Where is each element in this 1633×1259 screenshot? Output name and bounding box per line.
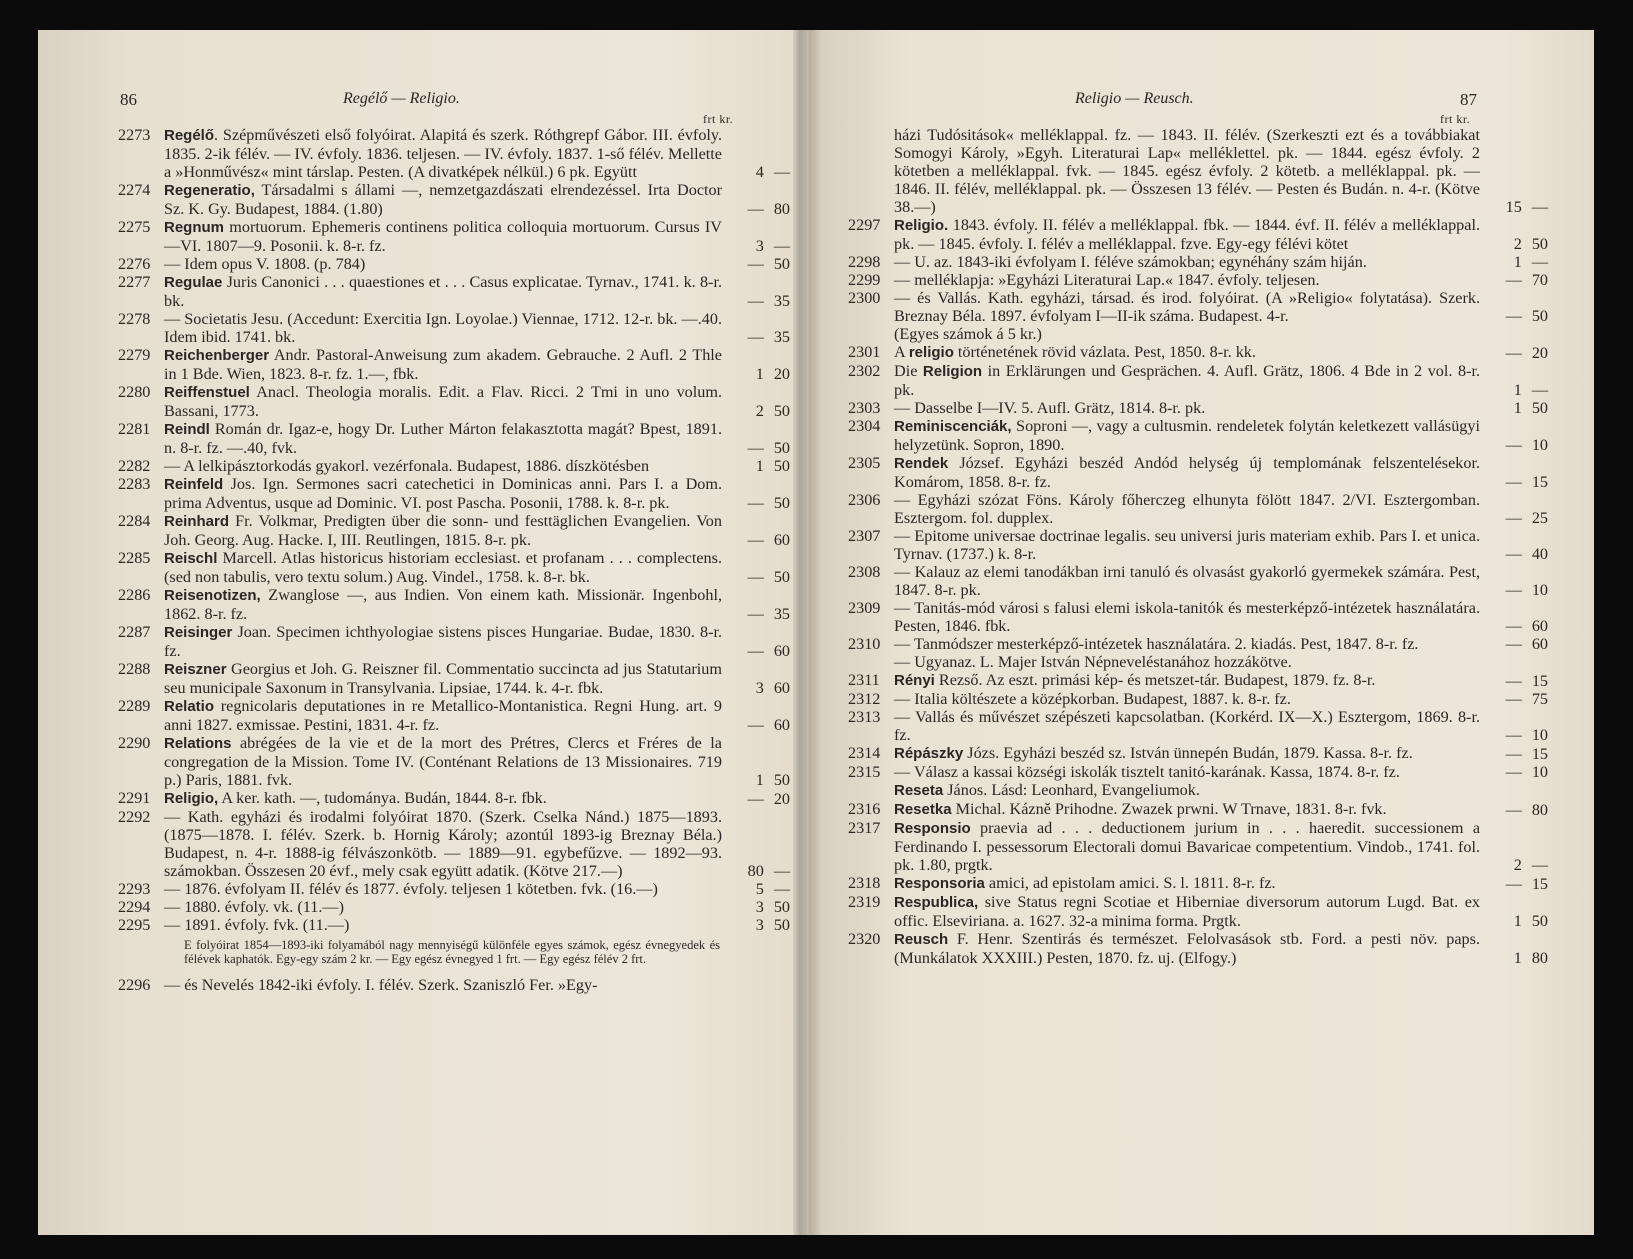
entry-text: Reinhard Fr. Volkmar, Predigten über die…: [164, 512, 790, 549]
entry-number: 2273: [118, 126, 164, 181]
entry-price: —80: [730, 200, 790, 218]
entry-price: —10: [1488, 436, 1548, 454]
entry-description: Fr. Volkmar, Predigten über die sonn- un…: [164, 512, 722, 549]
entry-price: —35: [730, 328, 790, 346]
entry-price: 350: [730, 898, 790, 916]
catalog-entry: 2285Reischl Marcell. Atlas historicus hi…: [118, 549, 790, 586]
catalog-entry: 2284Reinhard Fr. Volkmar, Predigten über…: [118, 512, 790, 549]
entry-headword: Reiszner: [164, 661, 227, 678]
catalog-entry: (Egyes számok á 5 kr.): [848, 325, 1548, 343]
entry-price: —35: [730, 292, 790, 310]
entry-headword: Reminiscenciák,: [894, 418, 1012, 435]
entry-text: Reischl Marcell. Atlas historicus histor…: [164, 549, 790, 586]
entry-number: 2301: [848, 343, 894, 362]
price-kr: —: [774, 237, 790, 255]
entry-description: történetének rövid vázlata. Pest, 1850. …: [954, 343, 1256, 361]
price-frt: 2: [1506, 235, 1522, 253]
price-kr: 10: [1532, 436, 1548, 454]
catalog-entry: 2300— és Vallás. Kath. egyházi, társad. …: [848, 289, 1548, 325]
entry-number: 2296: [118, 976, 164, 994]
price-frt: 1: [748, 365, 764, 383]
entry-number: 2287: [118, 623, 164, 660]
price-frt: —: [748, 200, 764, 218]
entry-description: Georgius et Joh. G. Reiszner fil. Commen…: [164, 660, 722, 697]
catalog-entry: 2317Responsio praevia ad . . . deduction…: [848, 819, 1548, 874]
catalog-entry: 2278— Societatis Jesu. (Accedunt: Exerci…: [118, 310, 790, 346]
entry-headword: Rendek: [894, 455, 948, 472]
entry-number: 2284: [118, 512, 164, 549]
entry-number: 2302: [848, 362, 894, 399]
entry-price: —40: [1488, 545, 1548, 563]
catalog-entry: 2281Reindl Román dr. Igaz-e, hogy Dr. Lu…: [118, 420, 790, 457]
price-frt: —: [748, 292, 764, 310]
entry-description: Marcell. Atlas historicus historiam eccl…: [164, 549, 722, 586]
entry-description: — és Vallás. Kath. egyházi, társad. és i…: [894, 289, 1480, 325]
entry-price: —15: [1488, 473, 1548, 491]
entry-prefix: A: [894, 343, 909, 361]
price-column-headers: frt kr.: [1440, 112, 1470, 127]
entry-price: —10: [1488, 581, 1548, 599]
price-kr: 60: [1532, 635, 1548, 653]
catalog-entry: 2283Reinfeld Jos. Ign. Sermones sacri ca…: [118, 475, 790, 512]
entry-description: — Egyházi szózat Föns. Károly főherczeg …: [894, 491, 1480, 527]
entry-text: Reinfeld Jos. Ign. Sermones sacri catech…: [164, 475, 790, 512]
entry-text: Reisinger Joan. Specimen ichthyologiae s…: [164, 623, 790, 660]
price-frt: —: [1506, 801, 1522, 819]
entry-number: 2308: [848, 563, 894, 599]
entry-text: — Ugyanaz. L. Majer István Népneveléstan…: [894, 653, 1548, 671]
entry-headword: Reisenotizen,: [164, 587, 261, 604]
price-kr: 15: [1532, 745, 1548, 763]
entry-number: 2276: [118, 255, 164, 273]
entry-description: Rezső. Az eszt. primási kép- és metszet-…: [935, 671, 1376, 689]
entry-number: [848, 781, 894, 800]
catalog-entry: 2286Reisenotizen, Zwanglose —, aus Indie…: [118, 586, 790, 623]
price-kr: 40: [1532, 545, 1548, 563]
entry-number: 2304: [848, 417, 894, 454]
entry-text: — és Vallás. Kath. egyházi, társad. és i…: [894, 289, 1548, 325]
price-frt: 80: [748, 862, 764, 880]
catalog-entry: 2290Relations abrégées de la vie et de l…: [118, 734, 790, 789]
entry-description: Juris Canonici . . . quaestiones et . . …: [164, 273, 722, 310]
entry-price: —60: [1488, 617, 1548, 635]
entry-number: 2313: [848, 708, 894, 744]
entry-number: 2280: [118, 383, 164, 420]
catalog-entry: 2275Regnum mortuorum. Ephemeris continen…: [118, 218, 790, 255]
catalog-entry: 2301A religio történetének rövid vázlata…: [848, 343, 1548, 362]
entry-price: —50: [730, 568, 790, 586]
entry-headword: religio: [909, 344, 954, 361]
price-kr: 20: [1532, 344, 1548, 362]
catalog-entry: 2312— Italia költészete a középkorban. B…: [848, 690, 1548, 708]
entry-price: —15: [1488, 672, 1548, 690]
catalog-entry: 2302Die Religion in Erklärungen und Gesp…: [848, 362, 1548, 399]
frt-header: frt: [1440, 112, 1453, 126]
price-frt: 2: [1506, 856, 1522, 874]
entry-price: —60: [1488, 635, 1548, 653]
price-frt: 3: [748, 916, 764, 934]
entry-text: Responsio praevia ad . . . deductionem j…: [894, 819, 1548, 874]
price-kr: 50: [774, 439, 790, 457]
price-frt: —: [748, 531, 764, 549]
entry-description: — 1880. évfoly. vk. (11.—): [164, 898, 344, 916]
entry-number: 2303: [848, 399, 894, 417]
entry-number: 2311: [848, 671, 894, 690]
price-frt: —: [1506, 672, 1522, 690]
catalog-entry: 2288Reiszner Georgius et Joh. G. Reiszne…: [118, 660, 790, 697]
price-frt: 2: [748, 402, 764, 420]
entry-text: — A lelkipásztorkodás gyakorl. vezérfona…: [164, 457, 790, 475]
price-frt: —: [748, 568, 764, 586]
entry-text: — 1876. évfolyam II. félév és 1877. évfo…: [164, 880, 790, 898]
entry-number: [848, 126, 894, 216]
entry-number: 2292: [118, 808, 164, 880]
entry-text: — Tanmódszer mesterképző-intézetek haszn…: [894, 635, 1548, 653]
entry-headword: Reindl: [164, 421, 210, 438]
price-kr: —: [774, 862, 790, 880]
entry-number: 2309: [848, 599, 894, 635]
price-kr: 60: [1532, 617, 1548, 635]
catalog-entry: — Ugyanaz. L. Majer István Népneveléstan…: [848, 653, 1548, 671]
price-kr: 50: [774, 457, 790, 475]
entry-price: —35: [730, 605, 790, 623]
entry-price: —70: [1488, 271, 1548, 289]
entry-text: Responsoria amici, ad epistolam amici. S…: [894, 874, 1548, 893]
entry-text: Regulae Juris Canonici . . . quaestiones…: [164, 273, 790, 310]
entry-number: 2320: [848, 930, 894, 967]
catalog-entries: házi Tudósitások« melléklappal. fz. — 18…: [848, 126, 1548, 967]
price-kr: 50: [774, 402, 790, 420]
entry-prefix: Die: [894, 362, 923, 380]
price-kr: 75: [1532, 690, 1548, 708]
entry-description: házi Tudósitások« melléklappal. fz. — 18…: [894, 126, 1480, 216]
catalog-entry: 2296— és Nevelés 1842-iki évfoly. I. fél…: [118, 976, 790, 994]
entry-text: Religio. 1843. évfoly. II. félév a mellé…: [894, 216, 1548, 253]
price-frt: —: [1506, 545, 1522, 563]
price-frt: 4: [748, 163, 764, 181]
catalog-entry: 2307— Epitome universae doctrinae legali…: [848, 527, 1548, 563]
entry-description: regnicolaris deputationes in re Metallic…: [164, 697, 722, 734]
entry-headword: Regélő: [164, 127, 214, 144]
entry-text: Relations abrégées de la vie et de la mo…: [164, 734, 790, 789]
entry-number: 2277: [118, 273, 164, 310]
entry-price: —15: [1488, 875, 1548, 893]
entry-description: — Epitome universae doctrinae legalis. s…: [894, 527, 1480, 563]
price-kr: 20: [774, 365, 790, 383]
entry-description: — Ugyanaz. L. Majer István Népneveléstan…: [894, 653, 1292, 671]
price-kr: 35: [774, 292, 790, 310]
catalog-entry: 2306— Egyházi szózat Föns. Károly főherc…: [848, 491, 1548, 527]
catalog-entry: 2279Reichenberger Andr. Pastoral-Anweisu…: [118, 346, 790, 383]
price-kr: 80: [1532, 949, 1548, 967]
entry-price: 150: [1488, 399, 1548, 417]
entry-headword: Religio.: [894, 217, 948, 234]
price-kr: 80: [1532, 801, 1548, 819]
price-kr: —: [1532, 381, 1548, 399]
price-frt: —: [748, 716, 764, 734]
price-kr: 10: [1532, 581, 1548, 599]
entry-text: Reisenotizen, Zwanglose —, aus Indien. V…: [164, 586, 790, 623]
entry-price: 250: [1488, 235, 1548, 253]
price-frt: 1: [1506, 253, 1522, 271]
price-frt: —: [1506, 635, 1522, 653]
price-kr: 50: [774, 494, 790, 512]
catalog-entry: 2305Rendek József. Egyházi beszéd Andód …: [848, 454, 1548, 491]
entry-description: — Vallás és művészet szépészeti kapcsola…: [894, 708, 1480, 744]
frt-header: frt: [703, 112, 716, 126]
catalog-entry: 2320Reusch F. Henr. Szentirás és termész…: [848, 930, 1548, 967]
price-frt: 1: [1506, 381, 1522, 399]
price-frt: —: [1506, 473, 1522, 491]
price-kr: —: [1532, 856, 1548, 874]
price-kr: 50: [774, 255, 790, 273]
catalog-entry: 2289Relatio regnicolaris deputationes in…: [118, 697, 790, 734]
price-kr: 35: [774, 328, 790, 346]
entry-price: 180: [1488, 949, 1548, 967]
entry-text: — Vallás és művészet szépészeti kapcsola…: [894, 708, 1548, 744]
entry-description: (Egyes számok á 5 kr.): [894, 325, 1042, 343]
entry-price: 150: [730, 457, 790, 475]
entry-description: F. Henr. Szentirás és természet. Felolva…: [894, 930, 1480, 967]
price-kr: —: [774, 163, 790, 181]
entry-description: — Idem opus V. 1808. (p. 784): [164, 255, 365, 273]
entry-text: — Societatis Jesu. (Accedunt: Exercitia …: [164, 310, 790, 346]
price-kr: —: [774, 880, 790, 898]
entry-headword: Reseta: [894, 782, 943, 799]
price-frt: —: [748, 790, 764, 808]
price-frt: 15: [1506, 198, 1522, 216]
price-frt: —: [1506, 875, 1522, 893]
entry-headword: Relations: [164, 735, 232, 752]
book-spread: 86 Regélő — Religio. frt kr. 2273Regélő.…: [38, 30, 1594, 1235]
price-frt: —: [1506, 344, 1522, 362]
entry-headword: Répászky: [894, 745, 963, 762]
entry-price: —20: [1488, 344, 1548, 362]
price-kr: 25: [1532, 509, 1548, 527]
catalog-entry: 2314Répászky Józs. Egyházi beszéd sz. Is…: [848, 744, 1548, 763]
catalog-entry: 2291Religio, A ker. kath. —, tudománya. …: [118, 789, 790, 808]
catalog-entry: 2299— melléklapja: »Egyházi Literaturai …: [848, 271, 1548, 289]
page-number: 87: [1460, 90, 1477, 110]
entry-headword: Reiffenstuel: [164, 384, 250, 401]
entry-number: 2310: [848, 635, 894, 653]
entry-description: — Dasselbe I—IV. 5. Aufl. Grätz, 1814. 8…: [894, 399, 1205, 417]
price-kr: 15: [1532, 473, 1548, 491]
entry-price: —60: [730, 716, 790, 734]
price-frt: 1: [1506, 912, 1522, 930]
catalog-entry: 2292— Kath. egyházi és irodalmi folyóira…: [118, 808, 790, 880]
entry-price: 150: [1488, 912, 1548, 930]
entry-headword: Relatio: [164, 698, 214, 715]
entry-number: 2306: [848, 491, 894, 527]
price-frt: 1: [1506, 399, 1522, 417]
entry-text: Rendek József. Egyházi beszéd Andód hely…: [894, 454, 1548, 491]
price-frt: —: [1506, 617, 1522, 635]
catalog-entry: 2293— 1876. évfolyam II. félév és 1877. …: [118, 880, 790, 898]
entry-number: 2278: [118, 310, 164, 346]
entry-headword: Reusch: [894, 931, 948, 948]
price-kr: 20: [774, 790, 790, 808]
catalog-entry: 2273Regélő. Szépművészeti első folyóirat…: [118, 126, 790, 181]
entry-text: Reseta János. Lásd: Leonhard, Evangelium…: [894, 781, 1548, 800]
entry-number: 2289: [118, 697, 164, 734]
entry-number: 2315: [848, 763, 894, 781]
price-frt: —: [1506, 307, 1522, 325]
footnote: E folyóirat 1854—1893-iki folyamából nag…: [118, 934, 790, 976]
entry-text: — Italia költészete a középkorban. Budap…: [894, 690, 1548, 708]
kr-header: kr.: [719, 112, 733, 126]
entry-description: 1843. évfoly. II. félév a melléklappal. …: [894, 216, 1480, 253]
entry-text: — 1891. évfoly. fvk. (11.—): [164, 916, 790, 934]
entry-text: Reichenberger Andr. Pastoral-Anweisung z…: [164, 346, 790, 383]
catalog-entry: 2309— Tanitás-mód városi s falusi elemi …: [848, 599, 1548, 635]
price-frt: —: [748, 494, 764, 512]
entry-headword: Rényi: [894, 672, 935, 689]
entry-number: 2300: [848, 289, 894, 325]
entry-description: Jos. Ign. Sermones sacri catechetici in …: [164, 475, 722, 512]
catalog-entry: 2298— U. az. 1843-iki évfolyam I. féléve…: [848, 253, 1548, 271]
entry-number: 2275: [118, 218, 164, 255]
entry-price: 350: [730, 916, 790, 934]
entry-description: — Kath. egyházi és irodalmi folyóirat 18…: [164, 808, 722, 880]
entry-description: praevia ad . . . deductionem jurium in .…: [894, 819, 1480, 874]
entry-headword: Responsio: [894, 820, 971, 837]
entry-number: [848, 325, 894, 343]
entry-number: 2281: [118, 420, 164, 457]
entry-number: 2314: [848, 744, 894, 763]
entry-text: — Epitome universae doctrinae legalis. s…: [894, 527, 1548, 563]
entry-headword: Responsoria: [894, 875, 985, 892]
entry-text: — melléklapja: »Egyházi Literaturai Lap.…: [894, 271, 1548, 289]
page-number: 86: [120, 90, 137, 110]
entry-text: házi Tudósitások« melléklappal. fz. — 18…: [894, 126, 1548, 216]
entry-text: — Tanitás-mód városi s falusi elemi isko…: [894, 599, 1548, 635]
entry-text: — 1880. évfoly. vk. (11.—): [164, 898, 790, 916]
entry-description: amici, ad epistolam amici. S. l. 1811. 8…: [985, 874, 1276, 892]
entry-description: — A lelkipásztorkodás gyakorl. vezérfona…: [164, 457, 649, 475]
entry-price: —50: [730, 494, 790, 512]
entry-price: 15—: [1488, 198, 1548, 216]
entry-price: —75: [1488, 690, 1548, 708]
entry-number: 2317: [848, 819, 894, 874]
entry-description: Román dr. Igaz-e, hogy Dr. Luther Márton…: [164, 420, 722, 457]
price-kr: 10: [1532, 726, 1548, 744]
entry-headword: Reischl: [164, 550, 217, 567]
entry-text: Regeneratio, Társadalmi s állami —, nemz…: [164, 181, 790, 218]
entry-number: 2291: [118, 789, 164, 808]
entry-text: — U. az. 1843-iki évfolyam I. féléve szá…: [894, 253, 1548, 271]
entry-description: József. Egyházi beszéd Andód helység új …: [894, 454, 1480, 491]
catalog-entry: 2274Regeneratio, Társadalmi s állami —, …: [118, 181, 790, 218]
entry-number: 2290: [118, 734, 164, 789]
entry-description: abrégées de la vie et de la mort des Pré…: [164, 734, 722, 789]
price-kr: 35: [774, 605, 790, 623]
entry-description: sive Status regni Scotiae et Hiberniae d…: [894, 893, 1480, 930]
entry-headword: Resetka: [894, 801, 952, 818]
entry-price: 250: [730, 402, 790, 420]
entry-number: 2288: [118, 660, 164, 697]
catalog-entry: 2297Religio. 1843. évfoly. II. félév a m…: [848, 216, 1548, 253]
entry-price: —50: [730, 255, 790, 273]
price-frt: —: [1506, 509, 1522, 527]
price-kr: 60: [774, 531, 790, 549]
entry-description: János. Lásd: Leonhard, Evangeliumok.: [943, 781, 1200, 799]
entry-description: . Szépművészeti első folyóirat. Alapitá …: [164, 126, 722, 181]
catalog-entry: Reseta János. Lásd: Leonhard, Evangelium…: [848, 781, 1548, 800]
entry-price: —50: [1488, 307, 1548, 325]
entry-headword: Regulae: [164, 274, 222, 291]
entry-description: in Erklärungen und Gesprächen. 4. Aufl. …: [894, 362, 1480, 399]
entry-number: 2279: [118, 346, 164, 383]
entry-headword: Reichenberger: [164, 347, 269, 364]
entry-text: Regnum mortuorum. Ephemeris continens po…: [164, 218, 790, 255]
catalog-entries: 2273Regélő. Szépművészeti első folyóirat…: [118, 126, 790, 994]
catalog-entry: 2319Respublica, sive Status regni Scotia…: [848, 893, 1548, 930]
price-kr: —: [1532, 253, 1548, 271]
price-kr: 50: [1532, 912, 1548, 930]
price-frt: 3: [748, 898, 764, 916]
price-kr: 50: [774, 916, 790, 934]
price-frt: —: [1506, 726, 1522, 744]
entry-price: 3—: [730, 237, 790, 255]
catalog-entry: 2295— 1891. évfoly. fvk. (11.—)350: [118, 916, 790, 934]
entry-description: — Tanmódszer mesterképző-intézetek haszn…: [894, 635, 1418, 653]
catalog-entry: 2303— Dasselbe I—IV. 5. Aufl. Grätz, 181…: [848, 399, 1548, 417]
entry-number: 2316: [848, 800, 894, 819]
entry-price: 4—: [730, 163, 790, 181]
entry-price: —15: [1488, 745, 1548, 763]
catalog-entry: 2294— 1880. évfoly. vk. (11.—)350: [118, 898, 790, 916]
price-kr: 50: [774, 771, 790, 789]
catalog-entry: 2310— Tanmódszer mesterképző-intézetek h…: [848, 635, 1548, 653]
entry-text: — és Nevelés 1842-iki évfoly. I. félév. …: [164, 976, 790, 994]
entry-number: 2286: [118, 586, 164, 623]
entry-text: Die Religion in Erklärungen und Gespräch…: [894, 362, 1548, 399]
catalog-entry: 2287Reisinger Joan. Specimen ichthyologi…: [118, 623, 790, 660]
entry-text: — Válasz a kassai községi iskolák tiszte…: [894, 763, 1548, 781]
entry-number: 2298: [848, 253, 894, 271]
catalog-entry: 2313— Vallás és művészet szépészeti kapc…: [848, 708, 1548, 744]
entry-price: 2—: [1488, 856, 1548, 874]
entry-price: —10: [1488, 726, 1548, 744]
price-frt: —: [748, 642, 764, 660]
price-frt: —: [748, 328, 764, 346]
price-kr: 70: [1532, 271, 1548, 289]
entry-number: 2297: [848, 216, 894, 253]
entry-description: — Kalauz az elemi tanodákban irni tanuló…: [894, 563, 1480, 599]
entry-description: — U. az. 1843-iki évfolyam I. féléve szá…: [894, 253, 1367, 271]
left-page: 86 Regélő — Religio. frt kr. 2273Regélő.…: [38, 30, 800, 1235]
price-frt: —: [1506, 271, 1522, 289]
catalog-entry: 2318Responsoria amici, ad epistolam amic…: [848, 874, 1548, 893]
entry-price: —80: [1488, 801, 1548, 819]
entry-text: Répászky Józs. Egyházi beszéd sz. István…: [894, 744, 1548, 763]
price-frt: 3: [748, 237, 764, 255]
entry-text: Relatio regnicolaris deputationes in re …: [164, 697, 790, 734]
catalog-entry: 2311Rényi Rezső. Az eszt. primási kép- é…: [848, 671, 1548, 690]
entry-headword: Regnum: [164, 219, 224, 236]
price-kr: 80: [774, 200, 790, 218]
entry-number: 2285: [118, 549, 164, 586]
entry-text: — Dasselbe I—IV. 5. Aufl. Grätz, 1814. 8…: [894, 399, 1548, 417]
entry-number: 2283: [118, 475, 164, 512]
price-frt: —: [748, 255, 764, 273]
entry-number: 2299: [848, 271, 894, 289]
entry-price: 5—: [730, 880, 790, 898]
entry-description: A ker. kath. —, tudománya. Budán, 1844. …: [218, 789, 547, 807]
kr-header: kr.: [1456, 112, 1470, 126]
entry-headword: Religion: [923, 363, 982, 380]
